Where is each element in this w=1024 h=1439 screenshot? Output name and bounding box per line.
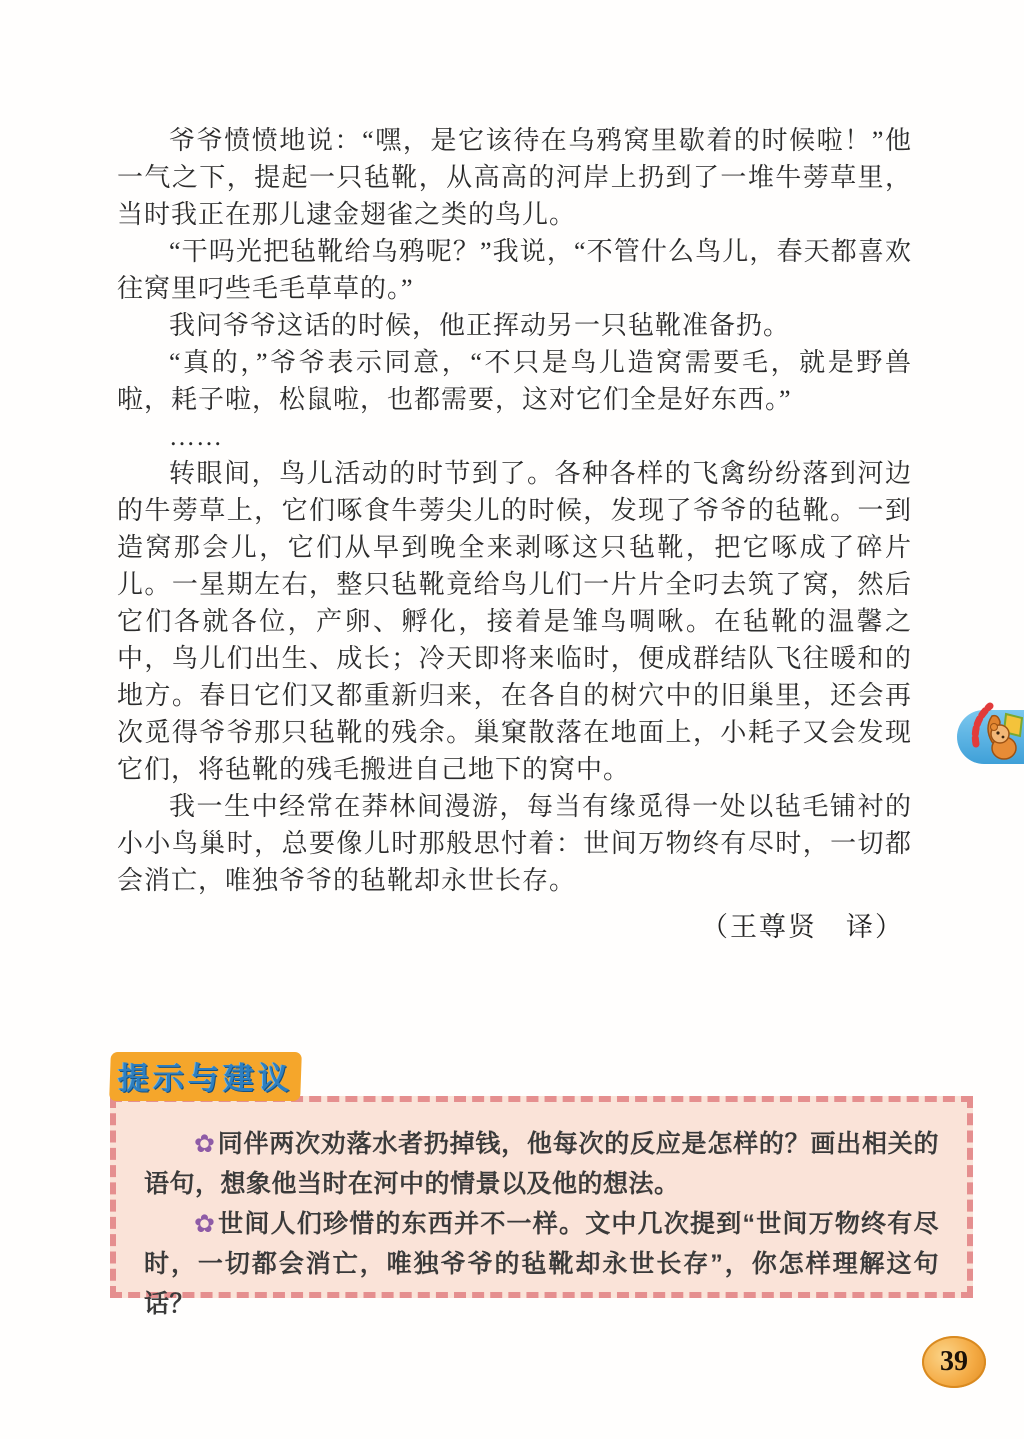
hints-section-title: 提示与建议	[110, 1052, 301, 1101]
article-paragraph-ellipsis: ……	[117, 418, 912, 455]
article-paragraph: 我一生中经常在莽林间漫游，每当有缘觅得一处以毡毛铺衬的小小鸟巢时，总要像儿时那般…	[117, 788, 912, 899]
hint-item: ✿同伴两次劝落水者扔掉钱，他每次的反应是怎样的？画出相关的语句，想象他当时在河中…	[144, 1124, 939, 1204]
article-paragraph: “真的，”爷爷表示同意，“不只是鸟儿造窝需要毛，就是野兽啦，耗子啦，松鼠啦，也都…	[117, 344, 912, 418]
hints-box: ✿同伴两次劝落水者扔掉钱，他每次的反应是怎样的？画出相关的语句，想象他当时在河中…	[110, 1096, 973, 1298]
hints-title-text: 提示与建议	[118, 1053, 293, 1098]
article-paragraph: “干吗光把毡靴给乌鸦呢？”我说，“不管什么鸟儿，春天都喜欢往窝里叼些毛毛草草的。…	[117, 233, 912, 307]
squirrel-nose	[1002, 736, 1005, 739]
page-number-text: 39	[940, 1346, 968, 1378]
translator-attribution: （王尊贤 译）	[117, 907, 912, 947]
article-body: 爷爷愤愤地说：“嘿，是它该待在乌鸦窝里歇着的时候啦！”他一气之下，提起一只毡靴，…	[117, 122, 912, 947]
article-paragraph: 我问爷爷这话的时候，他正挥动另一只毡靴准备扔。	[117, 307, 912, 344]
flower-bullet-icon: ✿	[194, 1209, 216, 1238]
squirrel-ear	[991, 724, 998, 731]
page-number-badge: 39	[922, 1336, 986, 1388]
hint-item-text: 同伴两次劝落水者扔掉钱，他每次的反应是怎样的？画出相关的语句，想象他当时在河中的…	[144, 1130, 939, 1198]
squirrel-eye	[996, 731, 999, 734]
hints-title-highlight: 提示与建议	[109, 1052, 302, 1101]
squirrel-badge	[954, 692, 1024, 770]
article-paragraph: 转眼间，鸟儿活动的时节到了。各种各样的飞禽纷纷落到河边的牛蒡草上，它们啄食牛蒡尖…	[117, 455, 912, 788]
textbook-page: 爷爷愤愤地说：“嘿，是它该待在乌鸦窝里歇着的时候啦！”他一气之下，提起一只毡靴，…	[0, 0, 1024, 1439]
hint-item-text: 世间人们珍惜的东西并不一样。文中几次提到“世间万物终有尽时，一切都会消亡，唯独爷…	[144, 1210, 939, 1318]
article-paragraph: 爷爷愤愤地说：“嘿，是它该待在乌鸦窝里歇着的时候啦！”他一气之下，提起一只毡靴，…	[117, 122, 912, 233]
squirrel-badge-art	[954, 692, 1024, 770]
flower-bullet-icon: ✿	[194, 1129, 216, 1158]
hint-item: ✿世间人们珍惜的东西并不一样。文中几次提到“世间万物终有尽时，一切都会消亡，唯独…	[144, 1204, 939, 1324]
